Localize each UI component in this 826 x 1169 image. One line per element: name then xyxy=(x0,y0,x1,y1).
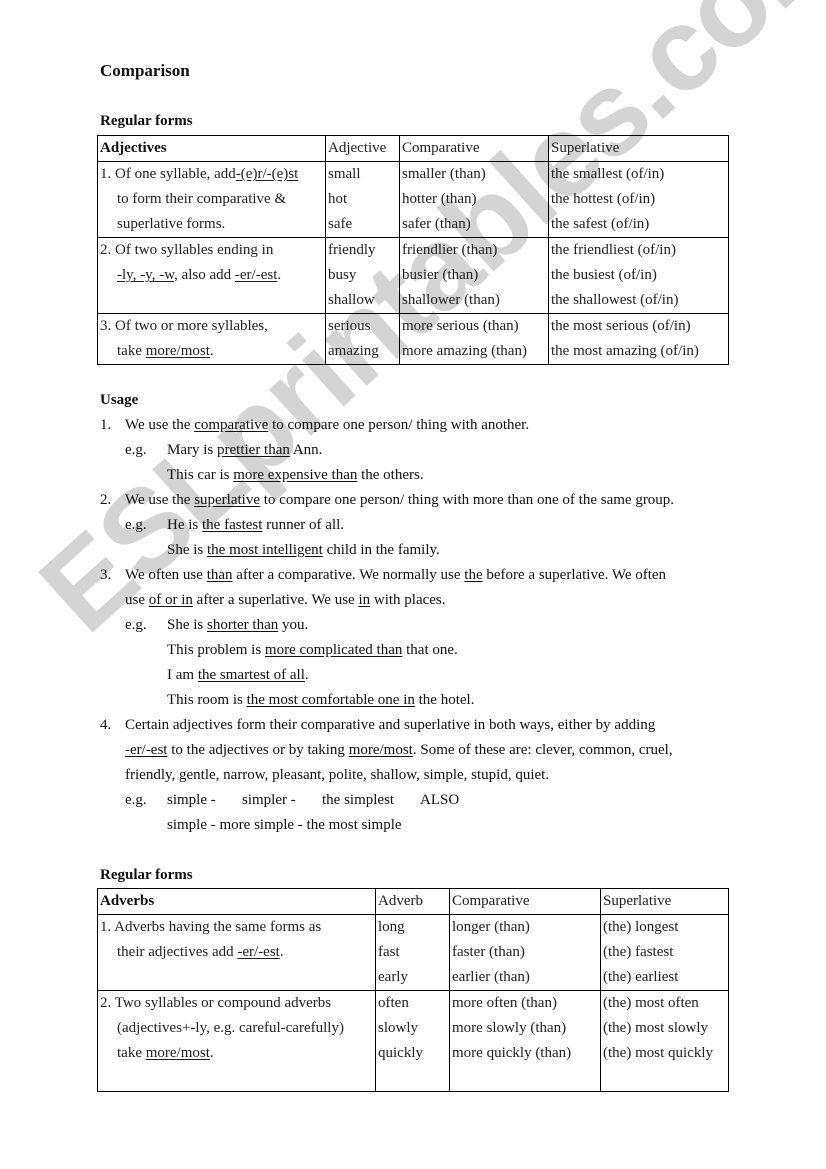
adj-header-cell: Adjective xyxy=(326,136,400,162)
text-segment: She is xyxy=(167,542,207,558)
usage-item-text: Certain adjectives form their comparativ… xyxy=(125,713,655,738)
text-segment: their adjectives add xyxy=(117,944,237,960)
description-line: -ly, -y, -w, also add -er/-est. xyxy=(100,263,325,288)
superlative-form: the most serious (of/in) xyxy=(551,314,728,339)
text-segment: . xyxy=(210,1045,214,1061)
comparative-form-cell: smaller (than)hotter (than)safer (than) xyxy=(400,162,549,238)
description-line: their adjectives add -er/-est. xyxy=(100,940,375,965)
underlined-text: -ly, -y, -w xyxy=(117,267,174,283)
underlined-text: in xyxy=(358,592,370,608)
base-adverb: early xyxy=(378,965,449,990)
comparative-form-cell: longer (than)faster (than)earlier (than) xyxy=(450,915,601,991)
text-segment: before a superlative. We often xyxy=(483,567,666,583)
text-segment: to compare one person/ thing with anothe… xyxy=(268,417,529,433)
eg-label: e.g. xyxy=(125,513,147,538)
text-segment: Certain adjectives form their comparativ… xyxy=(125,717,655,733)
description-line: 3. Of two or more syllables, xyxy=(100,314,325,339)
text-segment: use xyxy=(125,592,149,608)
text-segment: She is xyxy=(167,617,207,633)
superlative-form: (the) most slowly xyxy=(603,1016,728,1041)
underlined-text: shorter than xyxy=(207,617,278,633)
text-segment: We use the xyxy=(125,417,194,433)
usage-item-number: 2. xyxy=(100,488,111,513)
text-segment: (adjectives+-ly, e.g. careful-carefully) xyxy=(117,1020,344,1036)
superlative-form: the hottest (of/in) xyxy=(551,187,728,212)
text-segment: This room is xyxy=(167,692,247,708)
underlined-text: than xyxy=(207,567,233,583)
adv-header-cell: Superlative xyxy=(601,889,729,915)
example-sentence: Mary is prettier than Ann. xyxy=(167,438,322,463)
example-form: simple - xyxy=(167,788,216,813)
base-adverb: quickly xyxy=(378,1041,449,1066)
table-row: 3. Of two or more syllables,take more/mo… xyxy=(98,314,729,365)
superlative-form-cell: the smallest (of/in)the hottest (of/in)t… xyxy=(549,162,729,238)
text-segment: This problem is xyxy=(167,642,265,658)
base-adjective: safe xyxy=(328,212,399,237)
text-segment: . xyxy=(277,267,281,283)
underlined-text: more complicated than xyxy=(265,642,402,658)
usage-item-number: 4. xyxy=(100,713,111,738)
text-segment: superlative forms. xyxy=(117,216,225,232)
underlined-text: the most comfortable one in xyxy=(247,692,415,708)
worksheet-page: ESLprintables.com Comparison Regular for… xyxy=(0,0,826,1169)
text-segment: 2. Two syllables or compound adverbs xyxy=(100,995,331,1011)
adverbs-section-heading: Regular forms xyxy=(100,867,193,884)
underlined-text: more/most xyxy=(146,343,210,359)
text-segment: with places. xyxy=(370,592,445,608)
usage-item-text: use of or in after a superlative. We use… xyxy=(125,588,446,613)
text-segment: to compare one person/ thing with more t… xyxy=(260,492,674,508)
description-line: superlative forms. xyxy=(100,212,325,237)
comparative-form: friendlier (than) xyxy=(402,238,548,263)
underlined-text: -er/-est xyxy=(125,742,167,758)
table-row: 2. Of two syllables ending in-ly, -y, -w… xyxy=(98,238,729,314)
example-sentence: simple - more simple - the most simple xyxy=(167,813,402,838)
text-segment: 2. Of two syllables ending in xyxy=(100,242,273,258)
comparative-form: more serious (than) xyxy=(402,314,548,339)
base-adjective-cell: friendlybusyshallow xyxy=(326,238,400,314)
underlined-text: -(e)r/-(e)st xyxy=(236,166,298,182)
adverbs-table: AdverbsAdverbComparativeSuperlative1. Ad… xyxy=(97,888,729,1092)
usage-item-number: 1. xyxy=(100,413,111,438)
base-adjective: serious xyxy=(328,314,399,339)
adj-header-row: AdjectivesAdjectiveComparativeSuperlativ… xyxy=(98,136,729,162)
comparative-form: longer (than) xyxy=(452,915,600,940)
adv-header-cell: Adverb xyxy=(376,889,450,915)
comparative-form: faster (than) xyxy=(452,940,600,965)
blank-line xyxy=(378,1066,449,1091)
adv-header-cell: Comparative xyxy=(450,889,601,915)
blank-line xyxy=(603,1066,728,1091)
rule-description: 1. Of one syllable, add-(e)r/-(e)stto fo… xyxy=(98,162,326,238)
usage-item-number: 3. xyxy=(100,563,111,588)
table-row: 1. Adverbs having the same forms astheir… xyxy=(98,915,729,991)
adv-header-row: AdverbsAdverbComparativeSuperlative xyxy=(98,889,729,915)
usage-item-text: We use the comparative to compare one pe… xyxy=(125,413,529,438)
text-segment: Ann. xyxy=(290,442,323,458)
text-segment: Mary is xyxy=(167,442,217,458)
base-adjective: shallow xyxy=(328,288,399,313)
superlative-form: (the) earliest xyxy=(603,965,728,990)
base-adverb-cell: oftenslowlyquickly xyxy=(376,991,450,1092)
adj-header-cell: Comparative xyxy=(400,136,549,162)
example-sentence: She is shorter than you. xyxy=(167,613,308,638)
description-line: (adjectives+-ly, e.g. careful-carefully) xyxy=(100,1016,375,1041)
underlined-text: more/most xyxy=(349,742,413,758)
adjectives-table: AdjectivesAdjectiveComparativeSuperlativ… xyxy=(97,135,729,365)
adj-header-cell: Adjectives xyxy=(98,136,326,162)
superlative-form-cell: (the) most often(the) most slowly(the) m… xyxy=(601,991,729,1092)
table-row: 2. Two syllables or compound adverbs(adj… xyxy=(98,991,729,1092)
base-adjective: busy xyxy=(328,263,399,288)
rule-description: 2. Two syllables or compound adverbs(adj… xyxy=(98,991,376,1092)
superlative-form: the shallowest (of/in) xyxy=(551,288,728,313)
superlative-form: the safest (of/in) xyxy=(551,212,728,237)
text-segment: simple - more simple - the most simple xyxy=(167,817,402,833)
underlined-text: more/most xyxy=(146,1045,210,1061)
text-segment: after a comparative. We normally use xyxy=(233,567,465,583)
text-segment: friendly, gentle, narrow, pleasant, poli… xyxy=(125,767,549,783)
usage-heading: Usage xyxy=(100,392,138,409)
text-segment: , also add xyxy=(174,267,235,283)
usage-item-text: -er/-est to the adjectives or by taking … xyxy=(125,738,673,763)
superlative-form-cell: the friendliest (of/in)the busiest (of/i… xyxy=(549,238,729,314)
underlined-text: more expensive than xyxy=(233,467,357,483)
example-form: ALSO xyxy=(420,788,459,813)
comparative-form: shallower (than) xyxy=(402,288,548,313)
underlined-text: -er/-est xyxy=(237,944,279,960)
superlative-form: the most amazing (of/in) xyxy=(551,339,728,364)
text-segment: the others. xyxy=(357,467,423,483)
description-line: take more/most. xyxy=(100,339,325,364)
comparative-form: safer (than) xyxy=(402,212,548,237)
example-form: the simplest xyxy=(322,788,394,813)
text-segment: to the adjectives or by taking xyxy=(167,742,348,758)
superlative-form-cell: (the) longest(the) fastest(the) earliest xyxy=(601,915,729,991)
description-line xyxy=(100,288,325,313)
text-segment: We use the xyxy=(125,492,194,508)
description-line: 2. Of two syllables ending in xyxy=(100,238,325,263)
text-segment: We often use xyxy=(125,567,207,583)
example-sentence: This problem is more complicated than th… xyxy=(167,638,458,663)
example-sentence: I am the smartest of all. xyxy=(167,663,309,688)
base-adverb: often xyxy=(378,991,449,1016)
superlative-form: (the) longest xyxy=(603,915,728,940)
text-segment: to form their comparative & xyxy=(117,191,286,207)
underlined-text: prettier than xyxy=(217,442,290,458)
underlined-text: comparative xyxy=(194,417,268,433)
superlative-form: (the) most often xyxy=(603,991,728,1016)
text-segment: . xyxy=(210,343,214,359)
text-segment: runner of all. xyxy=(262,517,344,533)
description-line: take more/most. xyxy=(100,1041,375,1066)
base-adverb: long xyxy=(378,915,449,940)
text-segment: take xyxy=(117,343,146,359)
example-sentence: She is the most intelligent child in the… xyxy=(167,538,440,563)
text-segment: He is xyxy=(167,517,202,533)
base-adjective-cell: seriousamazing xyxy=(326,314,400,365)
rule-description: 1. Adverbs having the same forms astheir… xyxy=(98,915,376,991)
underlined-text: the xyxy=(464,567,482,583)
text-segment: child in the family. xyxy=(323,542,440,558)
description-line: 1. Adverbs having the same forms as xyxy=(100,915,375,940)
blank-line xyxy=(100,1066,375,1091)
eg-label: e.g. xyxy=(125,613,147,638)
usage-item-text: friendly, gentle, narrow, pleasant, poli… xyxy=(125,763,549,788)
text-segment: This car is xyxy=(167,467,233,483)
comparative-form: more amazing (than) xyxy=(402,339,548,364)
base-adjective: friendly xyxy=(328,238,399,263)
comparative-form: busier (than) xyxy=(402,263,548,288)
eg-label: e.g. xyxy=(125,788,147,813)
underlined-text: the smartest of all xyxy=(198,667,305,683)
comparative-form-cell: more often (than)more slowly (than)more … xyxy=(450,991,601,1092)
example-sentence: This car is more expensive than the othe… xyxy=(167,463,424,488)
adj-header-cell: Superlative xyxy=(549,136,729,162)
base-adverb: fast xyxy=(378,940,449,965)
example-sentence: He is the fastest runner of all. xyxy=(167,513,344,538)
text-segment: you. xyxy=(278,617,308,633)
text-segment: 3. Of two or more syllables, xyxy=(100,318,268,334)
underlined-text: superlative xyxy=(194,492,260,508)
text-segment: . Some of these are: clever, common, cru… xyxy=(413,742,673,758)
comparative-form: hotter (than) xyxy=(402,187,548,212)
underlined-text: the fastest xyxy=(202,517,262,533)
blank-line xyxy=(452,1066,600,1091)
comparative-form: earlier (than) xyxy=(452,965,600,990)
base-adjective: hot xyxy=(328,187,399,212)
base-adverb-cell: longfastearly xyxy=(376,915,450,991)
text-segment: 1. Of one syllable, add xyxy=(100,166,236,182)
superlative-form: (the) most quickly xyxy=(603,1041,728,1066)
superlative-form: the smallest (of/in) xyxy=(551,162,728,187)
example-sentence: This room is the most comfortable one in… xyxy=(167,688,474,713)
rule-description: 2. Of two syllables ending in-ly, -y, -w… xyxy=(98,238,326,314)
text-segment: . xyxy=(280,944,284,960)
comparative-form-cell: more serious (than)more amazing (than) xyxy=(400,314,549,365)
superlative-form-cell: the most serious (of/in)the most amazing… xyxy=(549,314,729,365)
text-segment: 1. Adverbs having the same forms as xyxy=(100,919,321,935)
base-adjective-cell: smallhotsafe xyxy=(326,162,400,238)
superlative-form: (the) fastest xyxy=(603,940,728,965)
description-line: 1. Of one syllable, add-(e)r/-(e)st xyxy=(100,162,325,187)
text-segment: after a superlative. We use xyxy=(193,592,359,608)
superlative-form: the busiest (of/in) xyxy=(551,263,728,288)
text-segment: that one. xyxy=(402,642,457,658)
table-row: 1. Of one syllable, add-(e)r/-(e)stto fo… xyxy=(98,162,729,238)
description-line: 2. Two syllables or compound adverbs xyxy=(100,991,375,1016)
comparative-form: smaller (than) xyxy=(402,162,548,187)
text-segment: the hotel. xyxy=(415,692,475,708)
page-title: Comparison xyxy=(100,61,190,81)
comparative-form: more often (than) xyxy=(452,991,600,1016)
eg-label: e.g. xyxy=(125,438,147,463)
text-segment: I am xyxy=(167,667,198,683)
adjectives-section-heading: Regular forms xyxy=(100,113,193,130)
text-segment: take xyxy=(117,1045,146,1061)
usage-item-text: We use the superlative to compare one pe… xyxy=(125,488,674,513)
underlined-text: of or in xyxy=(149,592,193,608)
text-segment: . xyxy=(305,667,309,683)
comparative-form: more slowly (than) xyxy=(452,1016,600,1041)
superlative-form: the friendliest (of/in) xyxy=(551,238,728,263)
underlined-text: -er/-est xyxy=(235,267,277,283)
adv-header-cell: Adverbs xyxy=(98,889,376,915)
comparative-form: more quickly (than) xyxy=(452,1041,600,1066)
description-line: to form their comparative & xyxy=(100,187,325,212)
underlined-text: the most intelligent xyxy=(207,542,323,558)
base-adverb: slowly xyxy=(378,1016,449,1041)
rule-description: 3. Of two or more syllables,take more/mo… xyxy=(98,314,326,365)
comparative-form-cell: friendlier (than)busier (than)shallower … xyxy=(400,238,549,314)
base-adjective: small xyxy=(328,162,399,187)
usage-item-text: We often use than after a comparative. W… xyxy=(125,563,666,588)
base-adjective: amazing xyxy=(328,339,399,364)
example-form: simpler - xyxy=(242,788,296,813)
